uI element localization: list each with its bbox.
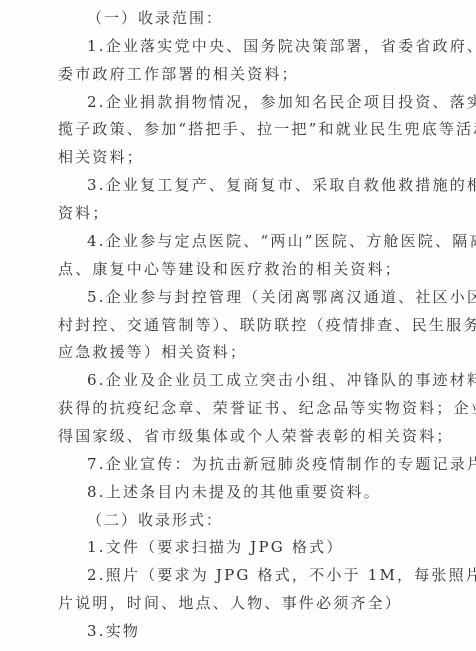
list-item-2-line-2: 揽子政策、参加“搭把手、拉一把”和就业民生兜底等活动 <box>58 119 434 139</box>
list-item-1-line-2: 委市政府工作部署的相关资料； <box>58 64 434 84</box>
list-item-2-line-3: 相关资料； <box>58 147 434 167</box>
list-item-5-line-2: 村封控、交通管制等）、联防联控（疫情排查、民生服务、 <box>58 315 434 335</box>
list-item-6-line-1: 6.企业及企业员工成立突击小组、冲锋队的事迹材料， <box>87 370 463 390</box>
list-item-7-line-1: 7.企业宣传：为抗击新冠肺炎疫情制作的专题记录片等； <box>87 454 463 474</box>
section-heading-format: （二）收录形式： <box>87 510 463 530</box>
list-item-6-line-3: 得国家级、省市级集体或个人荣誉表彰的相关资料； <box>58 426 434 446</box>
list-item-5-line-3: 应急救援等）相关资料； <box>58 342 434 362</box>
section-heading-scope: （一）收录范围： <box>87 8 463 28</box>
list-item-4-line-2: 点、康复中心等建设和医疗救治的相关资料； <box>58 259 434 279</box>
format-item-2-line-1: 2.照片（要求为 JPG 格式，不小于 1M，每张照片附图 <box>87 565 463 585</box>
format-item-3-line-1: 3.实物 <box>87 621 463 641</box>
list-item-2-line-1: 2.企业捐款捐物情况，参加知名民企项目投资、落实一 <box>87 92 463 112</box>
list-item-3-line-1: 3.企业复工复产、复商复市、采取自救他救措施的相关 <box>87 175 463 195</box>
list-item-4-line-1: 4.企业参与定点医院、“两山”医院、方舱医院、隔离 <box>87 231 463 251</box>
list-item-6-line-2: 获得的抗疫纪念章、荣誉证书、纪念品等实物资料；企业获 <box>58 398 434 418</box>
format-item-2-line-2: 片说明，时间、地点、人物、事件必须齐全） <box>58 593 434 613</box>
format-item-1-line-1: 1.文件（要求扫描为 JPG 格式） <box>87 537 463 557</box>
document-page: （一）收录范围： 1.企业落实党中央、国务院决策部署，省委省政府、市 委市政府工… <box>0 0 476 651</box>
list-item-8-line-1: 8.上述条目内未提及的其他重要资料。 <box>87 482 463 502</box>
list-item-1-line-1: 1.企业落实党中央、国务院决策部署，省委省政府、市 <box>87 36 463 56</box>
list-item-5-line-1: 5.企业参与封控管理（关闭离鄂离汉通道、社区小区乡 <box>87 287 463 307</box>
list-item-3-line-2: 资料； <box>58 203 434 223</box>
